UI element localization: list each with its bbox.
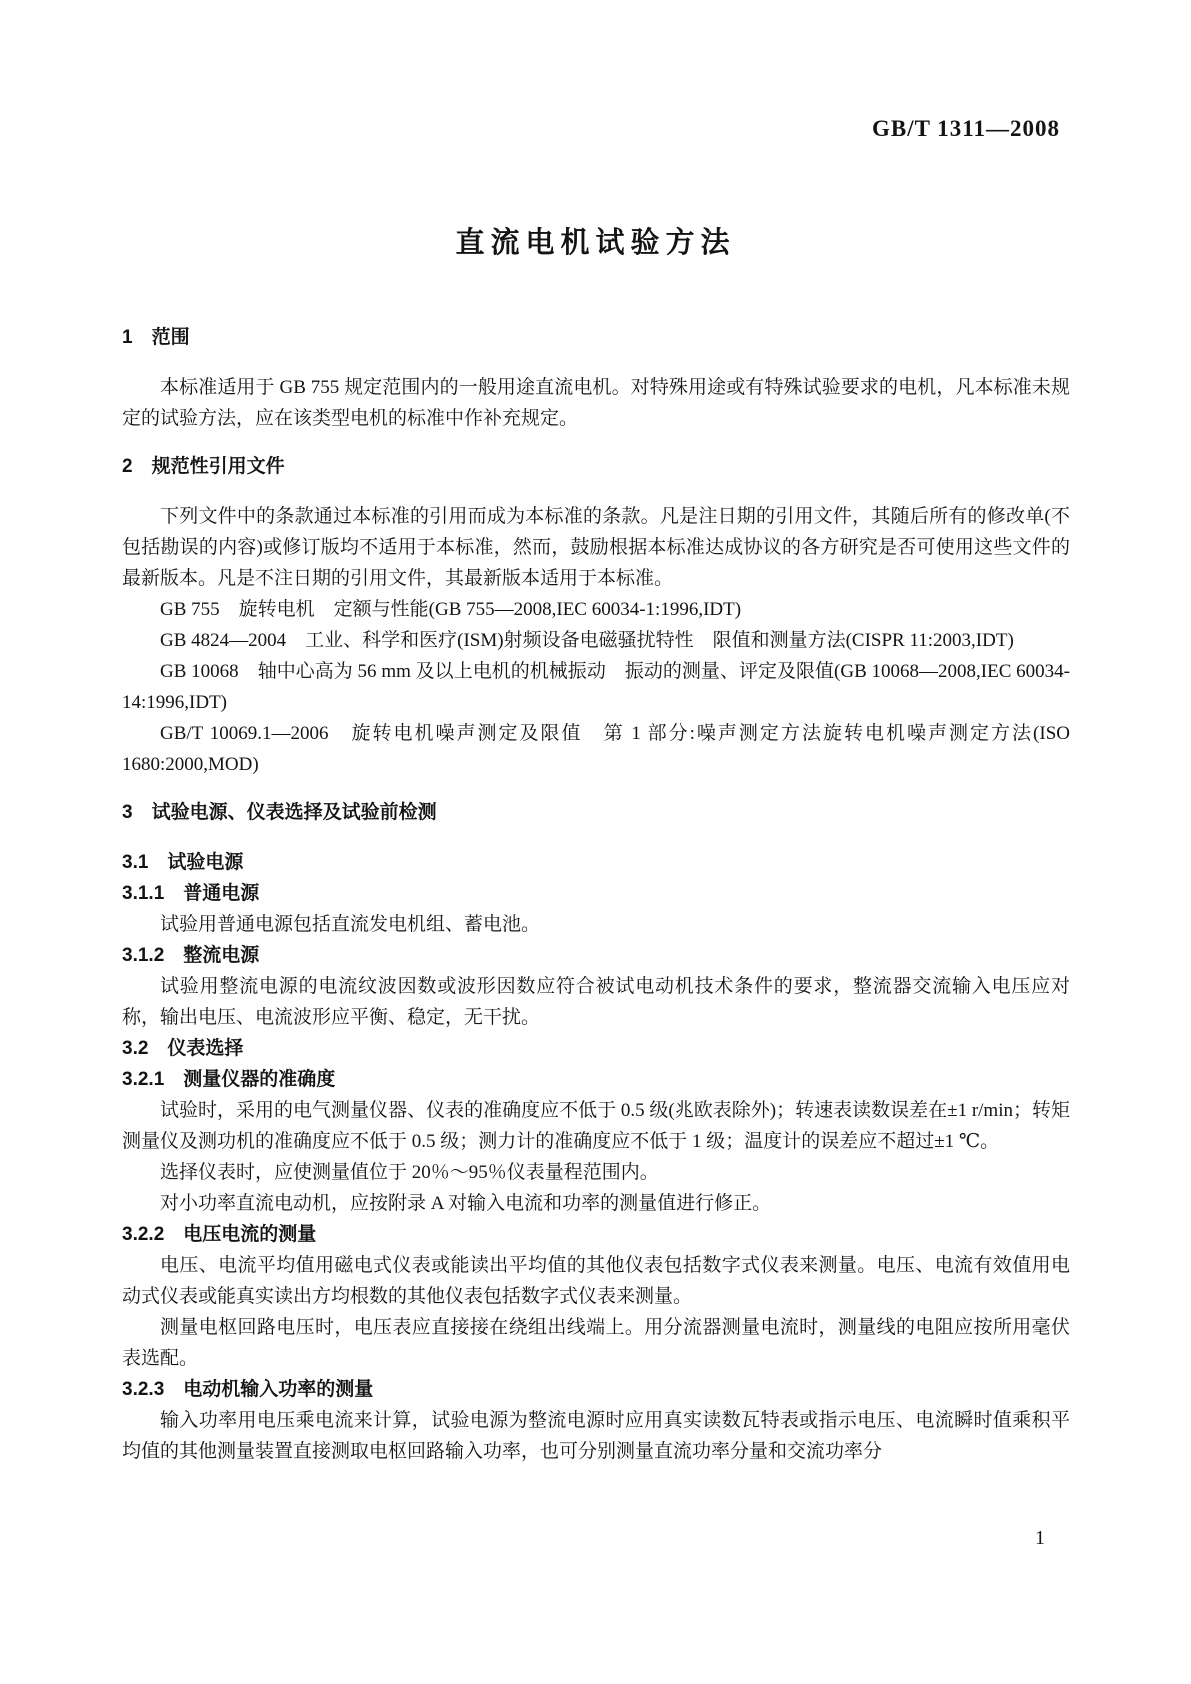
subsection-heading: 3.1 试验电源 <box>122 847 1070 878</box>
subsection-heading: 3.2 仪表选择 <box>122 1033 1070 1064</box>
section-heading: 2 规范性引用文件 <box>122 451 1070 482</box>
paragraph: 对小功率直流电动机，应按附录 A 对输入电流和功率的测量值进行修正。 <box>122 1188 1070 1219</box>
paragraph: GB 4824—2004 工业、科学和医疗(ISM)射频设备电磁骚扰特性 限值和… <box>122 625 1070 656</box>
subsection-heading: 3.2.3 电动机输入功率的测量 <box>122 1374 1070 1405</box>
paragraph: 输入功率用电压乘电流来计算，试验电源为整流电源时应用真实读数瓦特表或指示电压、电… <box>122 1405 1070 1467</box>
subsection-heading: 3.2.2 电压电流的测量 <box>122 1219 1070 1250</box>
paragraph: 试验时，采用的电气测量仪器、仪表的准确度应不低于 0.5 级(兆欧表除外)；转速… <box>122 1095 1070 1157</box>
paragraph: 选择仪表时，应使测量值位于 20％～95％仪表量程范围内。 <box>122 1157 1070 1188</box>
paragraph: GB/T 10069.1—2006 旋转电机噪声测定及限值 第 1 部分:噪声测… <box>122 718 1070 780</box>
section-heading: 3 试验电源、仪表选择及试验前检测 <box>122 797 1070 828</box>
subsection-heading: 3.2.1 测量仪器的准确度 <box>122 1064 1070 1095</box>
paragraph: 测量电枢回路电压时，电压表应直接接在绕组出线端上。用分流器测量电流时，测量线的电… <box>122 1312 1070 1374</box>
page-title: 直流电机试验方法 <box>0 220 1191 261</box>
standard-code: GB/T 1311—2008 <box>872 116 1060 142</box>
paragraph: 试验用整流电源的电流纹波因数或波形因数应符合被试电动机技术条件的要求，整流器交流… <box>122 971 1070 1033</box>
page-number: 1 <box>1035 1527 1045 1550</box>
paragraph: GB 10068 轴中心高为 56 mm 及以上电机的机械振动 振动的测量、评定… <box>122 656 1070 718</box>
subsection-heading: 3.1.1 普通电源 <box>122 878 1070 909</box>
paragraph: 本标准适用于 GB 755 规定范围内的一般用途直流电机。对特殊用途或有特殊试验… <box>122 372 1070 434</box>
document-body: 1 范围本标准适用于 GB 755 规定范围内的一般用途直流电机。对特殊用途或有… <box>122 305 1070 1467</box>
paragraph: 下列文件中的条款通过本标准的引用而成为本标准的条款。凡是注日期的引用文件，其随后… <box>122 501 1070 594</box>
subsection-heading: 3.1.2 整流电源 <box>122 940 1070 971</box>
paragraph: 电压、电流平均值用磁电式仪表或能读出平均值的其他仪表包括数字式仪表来测量。电压、… <box>122 1250 1070 1312</box>
section-heading: 1 范围 <box>122 322 1070 353</box>
paragraph: GB 755 旋转电机 定额与性能(GB 755—2008,IEC 60034-… <box>122 594 1070 625</box>
paragraph: 试验用普通电源包括直流发电机组、蓄电池。 <box>122 909 1070 940</box>
document-page: GB/T 1311—2008 直流电机试验方法 1 范围本标准适用于 GB 75… <box>0 0 1191 1684</box>
